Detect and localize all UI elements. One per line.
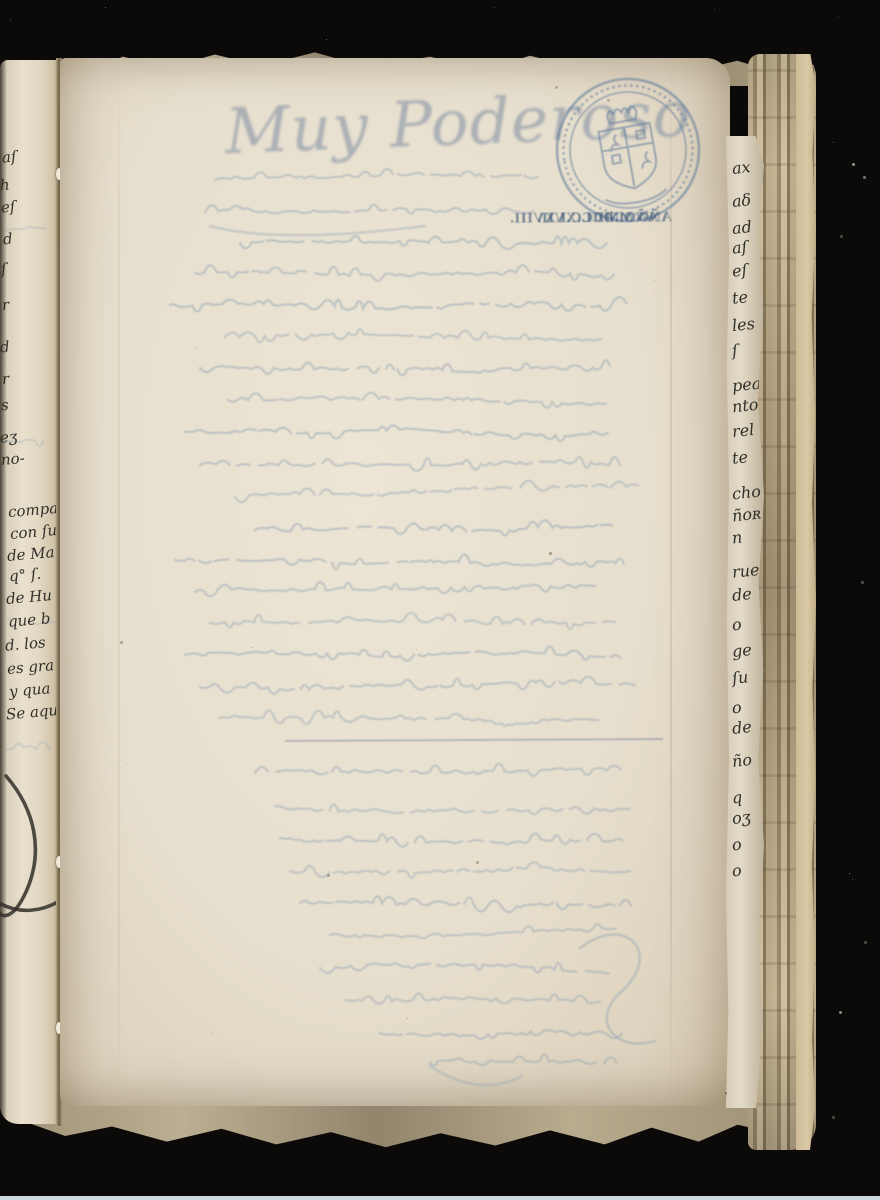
ghost-line: [215, 169, 537, 180]
ink-fragment: aδ: [731, 192, 752, 210]
ink-fragment: r: [1, 298, 9, 314]
ink-fragment: eſ: [0, 199, 16, 215]
ink-fragment: eʒ: [0, 429, 18, 445]
ghost-flourish: [430, 1066, 522, 1085]
ghost-line: [330, 924, 616, 938]
foxing-specks: [60, 58, 61, 59]
ink-fragment: te: [731, 449, 748, 467]
ghost-line: [185, 425, 616, 441]
ink-fragment: de: [731, 719, 752, 737]
ghost-line: [290, 862, 639, 877]
ink-fragment: es gra: [6, 658, 54, 677]
ink-fragment: o: [731, 617, 742, 634]
ghost-line: [380, 1030, 630, 1039]
ink-fragment: h: [0, 178, 10, 194]
ghost-line: [240, 236, 607, 249]
ghost-line: [195, 582, 595, 596]
ink-fragment: ſ: [731, 343, 739, 360]
ink-fragment: eſ: [731, 262, 748, 280]
ink-fragment: y qua: [8, 681, 51, 700]
ghost-line: [4, 742, 49, 750]
ink-flourish: [0, 898, 58, 910]
scan-bottom-strip: [0, 1196, 880, 1200]
ink-fragment: d: [2, 232, 13, 248]
ink-fragment: les: [731, 316, 755, 334]
ink-fragment: pea: [731, 376, 762, 395]
ink-fragment: de Hu: [5, 588, 52, 607]
left-page-sliver: aſheſdſrdrseʒno-compacon ſude Maq° ſ.de …: [0, 60, 58, 1124]
ink-fragment: o: [731, 863, 742, 880]
ghost-line: [345, 993, 600, 1003]
ghost-line: [220, 710, 598, 725]
ink-fragment: de Ma: [6, 545, 55, 564]
ink-fragment: r: [1, 372, 9, 388]
ink-fragment: q° ſ.: [8, 567, 41, 585]
ink-flourish: [0, 776, 35, 916]
ink-fragment: aſ: [1, 149, 17, 165]
ink-fragment: ño: [731, 752, 753, 770]
ink-fragment: n: [731, 530, 743, 547]
ghost-line: [175, 555, 624, 569]
ink-fragment: te: [731, 289, 748, 307]
ghost-line: [320, 963, 609, 974]
fore-edge-outer-leaf: [796, 54, 816, 1150]
ghost-line: [235, 481, 638, 503]
ink-fragment: no-: [0, 451, 25, 468]
ghost-line: [170, 297, 627, 311]
ghost-line: [255, 763, 620, 776]
ink-fragment: ax: [731, 159, 751, 177]
ink-fragment: ge: [731, 642, 752, 660]
ink-fragment: aſ: [731, 239, 748, 257]
ink-fragment: oʒ: [731, 809, 751, 827]
ink-fragment: de: [731, 586, 752, 604]
ghost-flourish: [210, 226, 425, 235]
next-page-sliver: axaδadaſeſtelesſpeantoreltechoñoʀnruerde…: [726, 136, 764, 1108]
ink-fragment: ſu: [731, 669, 749, 687]
ink-fragment: s: [0, 398, 9, 414]
ghost-line: [200, 360, 610, 375]
ghost-line: [205, 205, 534, 214]
ghost-line: [210, 613, 615, 629]
ink-fragment: q: [731, 790, 743, 807]
ink-fragment: o: [731, 700, 742, 717]
ink-fragment: con ſu: [9, 523, 57, 542]
year-stamp-line: AÑO MDCC.LXVIII.: [510, 205, 659, 230]
ghost-line: [430, 1054, 616, 1066]
ink-fragment: rel: [731, 422, 755, 440]
ink-fragment: ñoʀ: [731, 506, 762, 525]
dust-specks: [0, 0, 1, 1]
ghost-line: [300, 896, 631, 912]
ink-fragment: compa: [7, 501, 58, 520]
ghost-line: [185, 646, 620, 661]
ink-fragment: d: [0, 340, 10, 356]
ink-fragment: que b: [7, 611, 51, 630]
ink-fragment: cho: [731, 484, 761, 503]
ghost-flourish: [580, 935, 655, 1044]
photo-backdrop: aſheſdſrdrseʒno-compacon ſude Maq° ſ.de …: [0, 0, 880, 1200]
ink-fragment: Se aquí: [5, 703, 58, 723]
ghost-line: [195, 265, 614, 281]
ink-fragment: d. los: [4, 635, 46, 653]
ghost-line: [280, 833, 622, 846]
ghost-line: [225, 329, 601, 342]
ghost-line: [255, 520, 612, 535]
ghost-line: [200, 457, 620, 471]
ink-fragment: ad: [731, 219, 752, 237]
ink-fragment: ſ: [0, 262, 7, 277]
ink-fragment: o: [731, 837, 742, 854]
ghost-line: [200, 677, 635, 694]
ghost-line: [228, 393, 606, 408]
ink-fragment: nto: [731, 397, 759, 416]
ghost-line: [275, 805, 633, 815]
recto-page: Muy Poderoso AÑO M.DCL.XVII. AÑO MDCC.LX…: [60, 58, 730, 1106]
